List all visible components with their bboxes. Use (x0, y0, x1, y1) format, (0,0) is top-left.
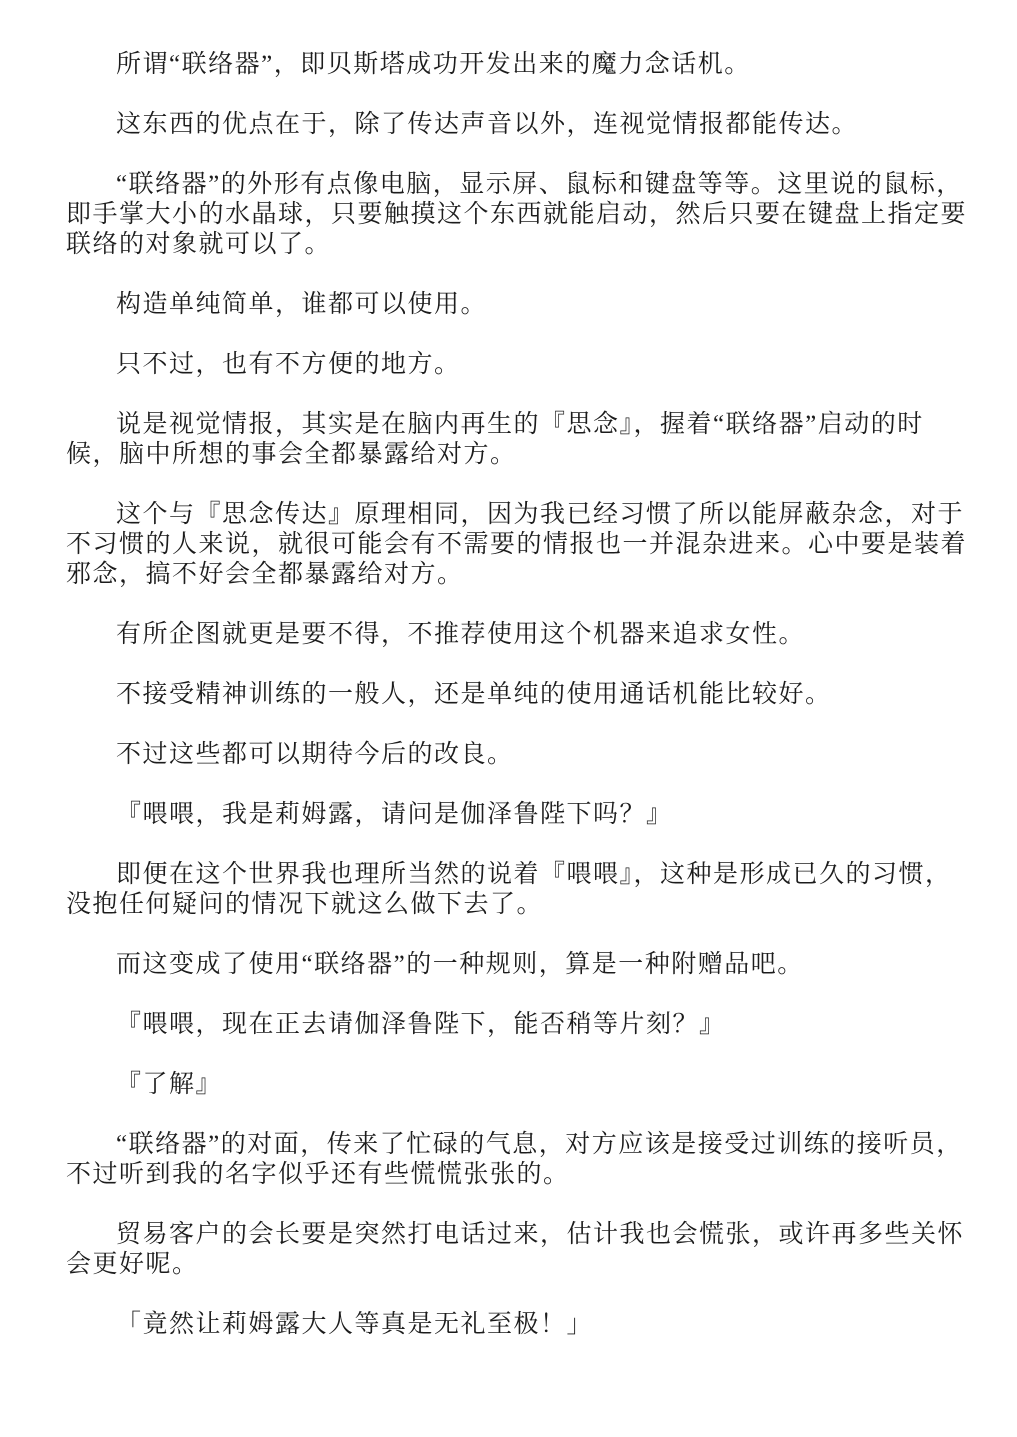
paragraph-narration-12: 而这变成了使用“联络器”的一种规则，算是一种附赠品吧。 (66, 950, 969, 980)
paragraph-narration-8: 有所企图就更是要不得，不推荐使用这个机器来追求女性。 (66, 620, 969, 650)
paragraph-narration-11: 即便在这个世界我也理所当然的说着『喂喂』，这种是形成已久的习惯，没抱任何疑问的情… (66, 860, 969, 920)
paragraph-narration-6: 说是视觉情报，其实是在脑内再生的『思念』，握着“联络器”启动的时候，脑中所想的事… (66, 410, 969, 470)
paragraph-narration-4: 构造单纯简单，谁都可以使用。 (66, 290, 969, 320)
paragraph-narration-1: 所谓“联络器”，即贝斯塔成功开发出来的魔力念话机。 (66, 50, 969, 80)
paragraph-narration-5: 只不过，也有不方便的地方。 (66, 350, 969, 380)
paragraph-narration-7: 这个与『思念传达』原理相同，因为我已经习惯了所以能屏蔽杂念，对于不习惯的人来说，… (66, 500, 969, 590)
paragraph-dialogue-spoken-1: 「竟然让莉姆露大人等真是无礼至极！」 (66, 1310, 969, 1340)
paragraph-narration-14: 贸易客户的会长要是突然打电话过来，估计我也会慌张，或许再多些关怀会更好呢。 (66, 1220, 969, 1280)
paragraph-narration-10: 不过这些都可以期待今后的改良。 (66, 740, 969, 770)
paragraph-dialogue-telepathy-1: 『喂喂，我是莉姆露，请问是伽泽鲁陛下吗？』 (66, 800, 969, 830)
paragraph-dialogue-telepathy-2: 『喂喂，现在正去请伽泽鲁陛下，能否稍等片刻？』 (66, 1010, 969, 1040)
document-page: 所谓“联络器”，即贝斯塔成功开发出来的魔力念话机。 这东西的优点在于，除了传达声… (0, 0, 1017, 1437)
paragraph-narration-3: “联络器”的外形有点像电脑，显示屏、鼠标和键盘等等。这里说的鼠标，即手掌大小的水… (66, 170, 969, 260)
paragraph-narration-13: “联络器”的对面，传来了忙碌的气息，对方应该是接受过训练的接听员，不过听到我的名… (66, 1130, 969, 1190)
paragraph-narration-2: 这东西的优点在于，除了传达声音以外，连视觉情报都能传达。 (66, 110, 969, 140)
paragraph-narration-9: 不接受精神训练的一般人，还是单纯的使用通话机能比较好。 (66, 680, 969, 710)
paragraph-dialogue-telepathy-3: 『了解』 (66, 1070, 969, 1100)
